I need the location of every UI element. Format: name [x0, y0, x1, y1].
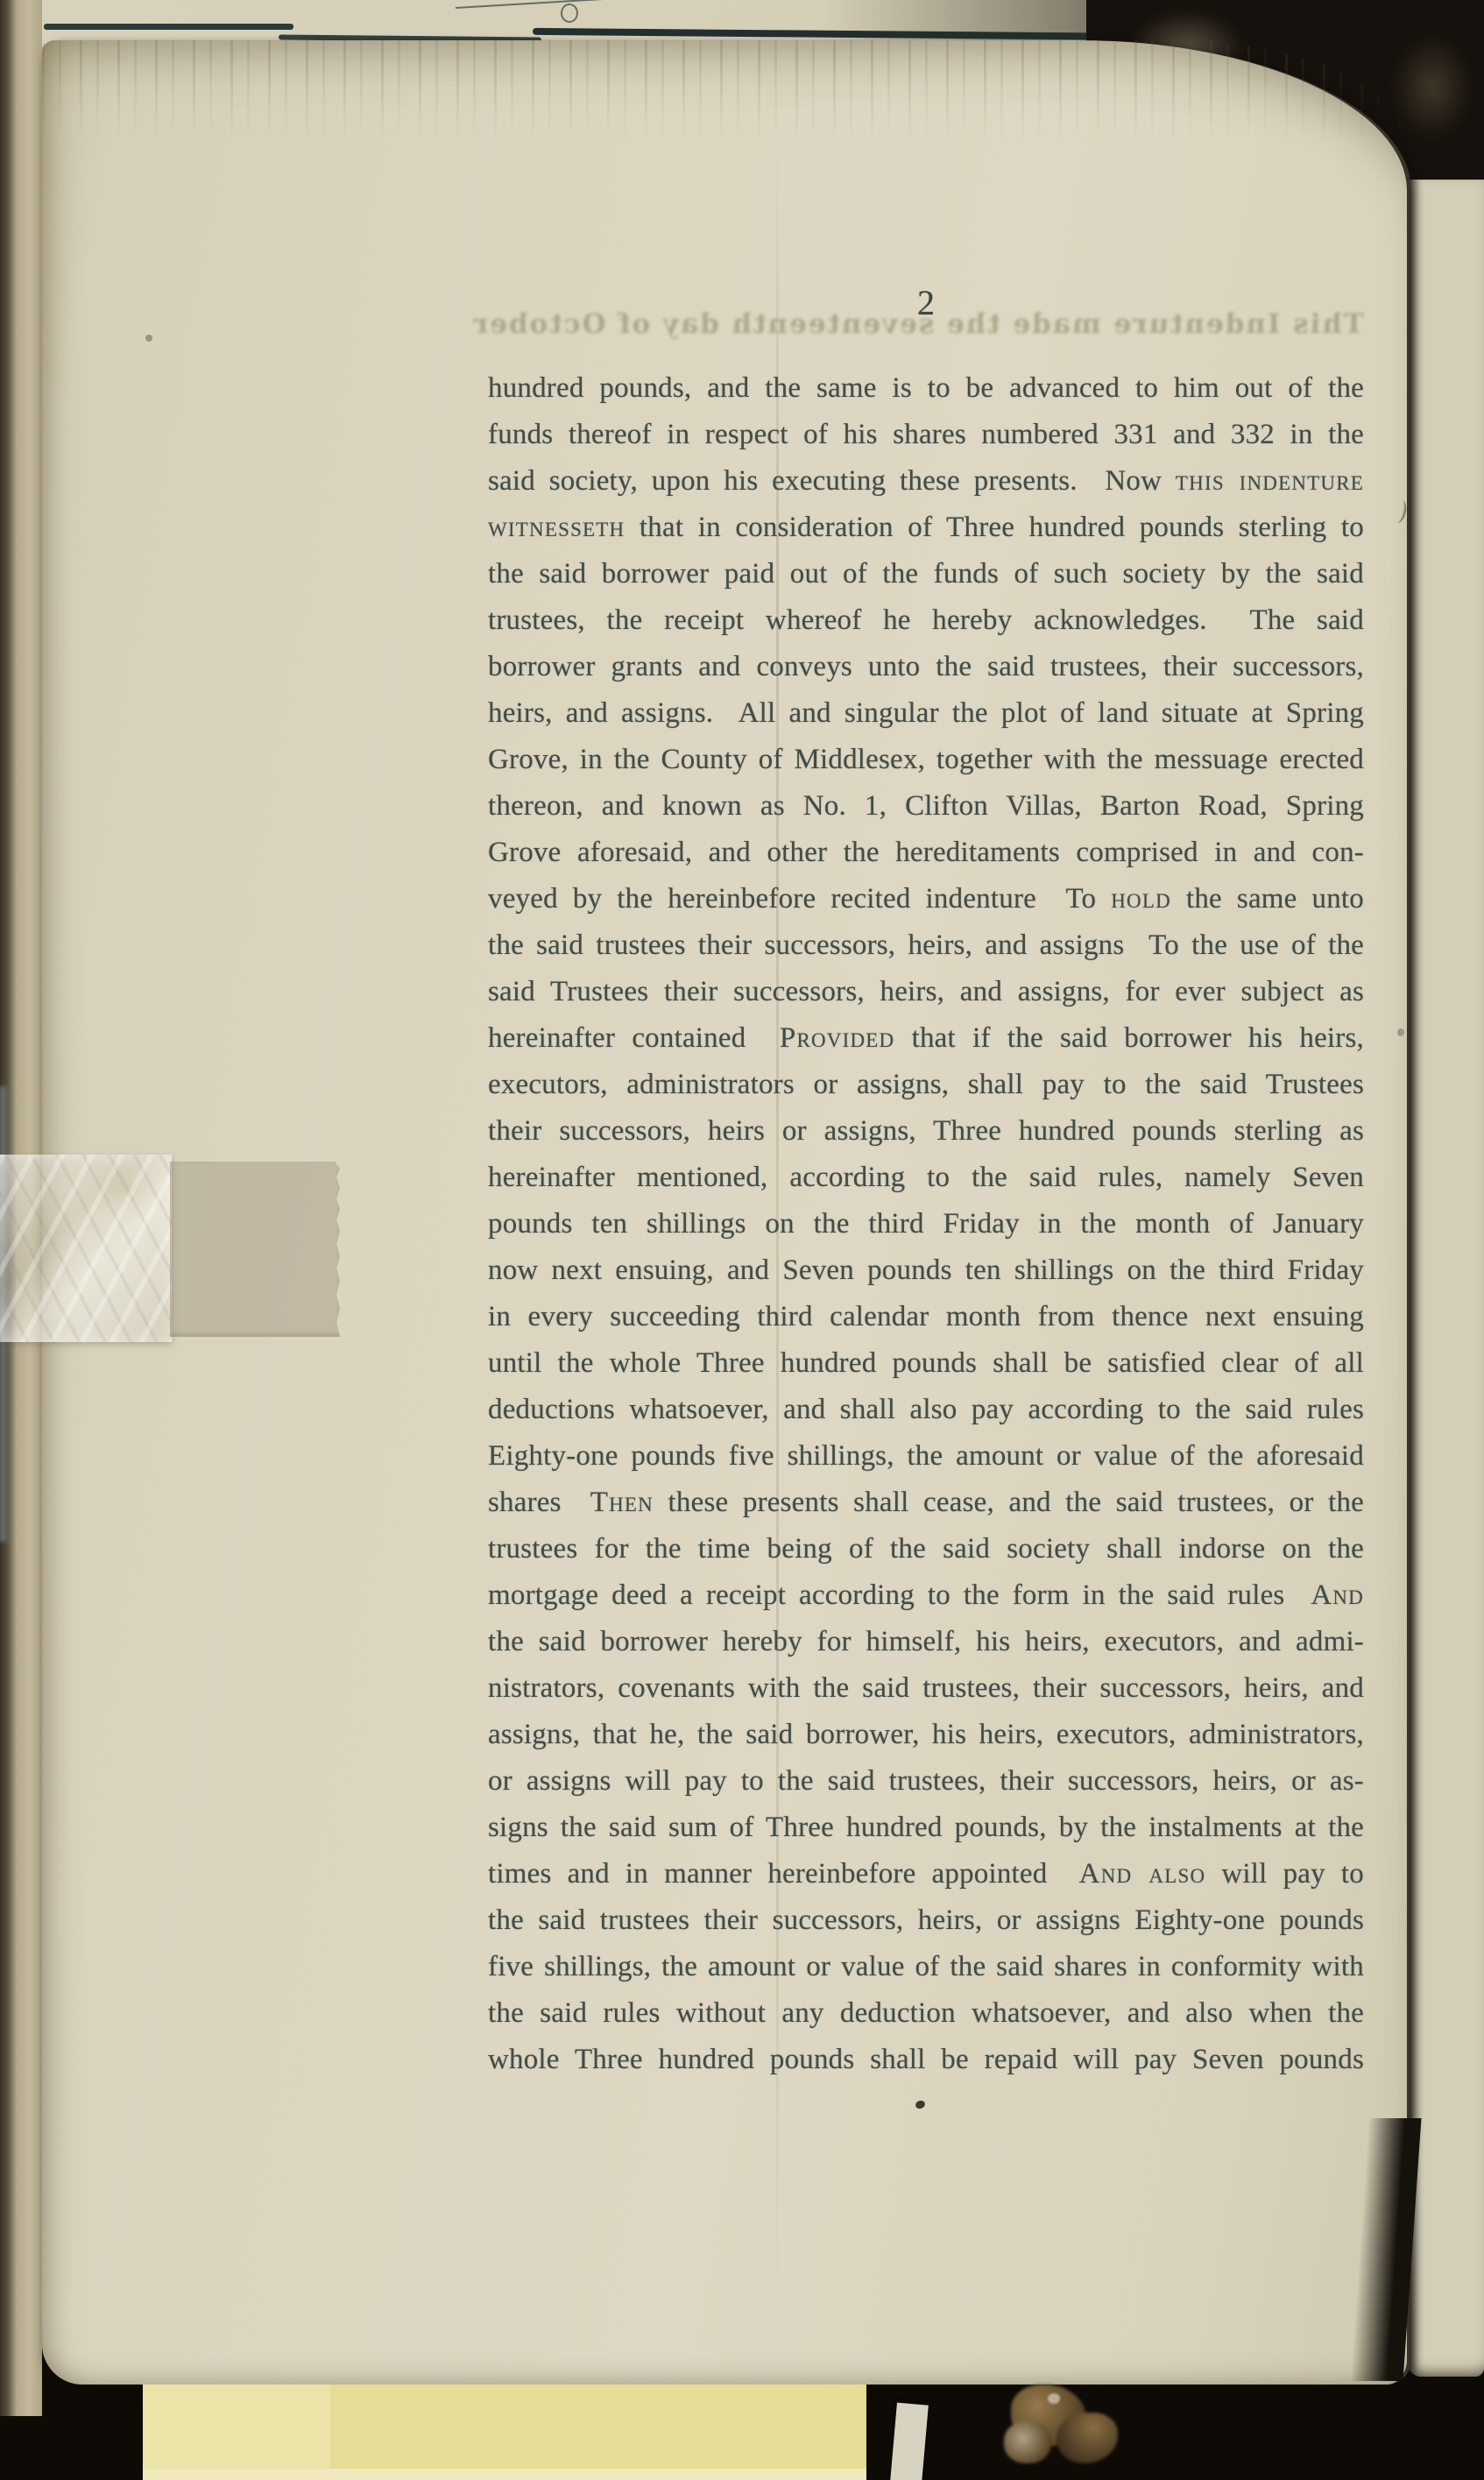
text-line: their successors, heirs or assigns, Thre… [488, 1108, 1364, 1155]
text-line: deductions whatsoever, and shall also pa… [488, 1387, 1364, 1433]
bleed-through-text: This Indenture made the seventeenth day … [488, 308, 1364, 340]
crumpled-object-part [1056, 2413, 1118, 2463]
text-line: pounds ten shillings on the third Friday… [488, 1201, 1364, 1247]
pen-loop-mark [561, 4, 578, 23]
text-line: Eighty-one pounds five shillings, the am… [488, 1433, 1364, 1480]
margin-mark [1397, 1028, 1404, 1036]
crumpled-object [1004, 2379, 1127, 2472]
text-line: trustees, the receipt whereof he hereby … [488, 597, 1364, 644]
text-line: hereinafter mentioned, according to the … [488, 1155, 1364, 1201]
paper-sliver [890, 2403, 929, 2480]
text-line: times and in manner hereinbefore appoint… [488, 1851, 1364, 1897]
crumpled-object-part [1004, 2421, 1051, 2463]
text-line: the said rules without any deduction wha… [488, 1990, 1364, 2037]
text-line: hundred pounds, and the same is to be ad… [488, 365, 1364, 412]
text-line: witnesseth that in consideration of Thre… [488, 505, 1364, 551]
background-object-blur [1393, 35, 1472, 140]
text-line: hereinafter contained Provided that if t… [488, 1015, 1364, 1062]
text-line: the said borrower hereby for himself, hi… [488, 1619, 1364, 1665]
text-line: executors, administrators or assigns, sh… [488, 1062, 1364, 1108]
yellow-paper [143, 2385, 866, 2480]
tape-residue-patch [170, 1162, 340, 1337]
text-line: shares Then these presents shall cease, … [488, 1480, 1364, 1526]
text-line: Grove, in the County of Middlesex, toget… [488, 737, 1364, 783]
text-line: in every succeeding third calendar month… [488, 1294, 1364, 1340]
text-line: five shillings, the amount or value of t… [488, 1944, 1364, 1990]
text-line: funds thereof in respect of his shares n… [488, 412, 1364, 458]
text-line: whole Three hundred pounds shall be repa… [488, 2037, 1364, 2083]
text-line: heirs, and assigns. All and singular the… [488, 690, 1364, 737]
scanned-book-photo: 2 This Indenture made the seventeenth da… [0, 0, 1484, 2480]
text-line: or assigns will pay to the said trustees… [488, 1758, 1364, 1805]
text-line: until the whole Three hundred pounds sha… [488, 1340, 1364, 1387]
text-line: now next ensuing, and Seven pounds ten s… [488, 1247, 1364, 1294]
margin-mark [1390, 499, 1409, 525]
text-line: thereon, and known as No. 1, Clifton Vil… [488, 783, 1364, 830]
paper-speck [1048, 2393, 1060, 2404]
top-edge-stain-streaks [42, 40, 1407, 145]
text-line: the said trustees their successors, heir… [488, 1897, 1364, 1944]
diagonal-pen-line [456, 0, 1024, 9]
stain-dot [145, 335, 152, 342]
text-line: veyed by the hereinbefore recited indent… [488, 876, 1364, 922]
text-line: the said trustees their successors, heir… [488, 922, 1364, 969]
text-line: the said borrower paid out of the funds … [488, 551, 1364, 597]
yellow-paper-edge [143, 2469, 866, 2480]
next-page-edge [1409, 180, 1484, 2377]
text-line: mortgage deed a receipt according to the… [488, 1572, 1364, 1619]
ink-dot [915, 2099, 926, 2109]
text-line: said Trustees their successors, heirs, a… [488, 969, 1364, 1015]
text-line: borrower grants and conveys unto the sai… [488, 644, 1364, 690]
yellow-paper-highlight [143, 2385, 330, 2480]
text-line: nistrators, covenants with the said trus… [488, 1665, 1364, 1712]
text-line: said society, upon his executing these p… [488, 458, 1364, 505]
text-line: signs the said sum of Three hundred poun… [488, 1805, 1364, 1851]
text-line: Grove aforesaid, and other the hereditam… [488, 830, 1364, 876]
page-text: hundred pounds, and the same is to be ad… [488, 365, 1364, 2083]
text-line: trustees for the time being of the said … [488, 1526, 1364, 1572]
clear-tape [0, 1155, 172, 1342]
text-line: assigns, that he, the said borrower, his… [488, 1712, 1364, 1758]
ruled-line [44, 24, 293, 30]
